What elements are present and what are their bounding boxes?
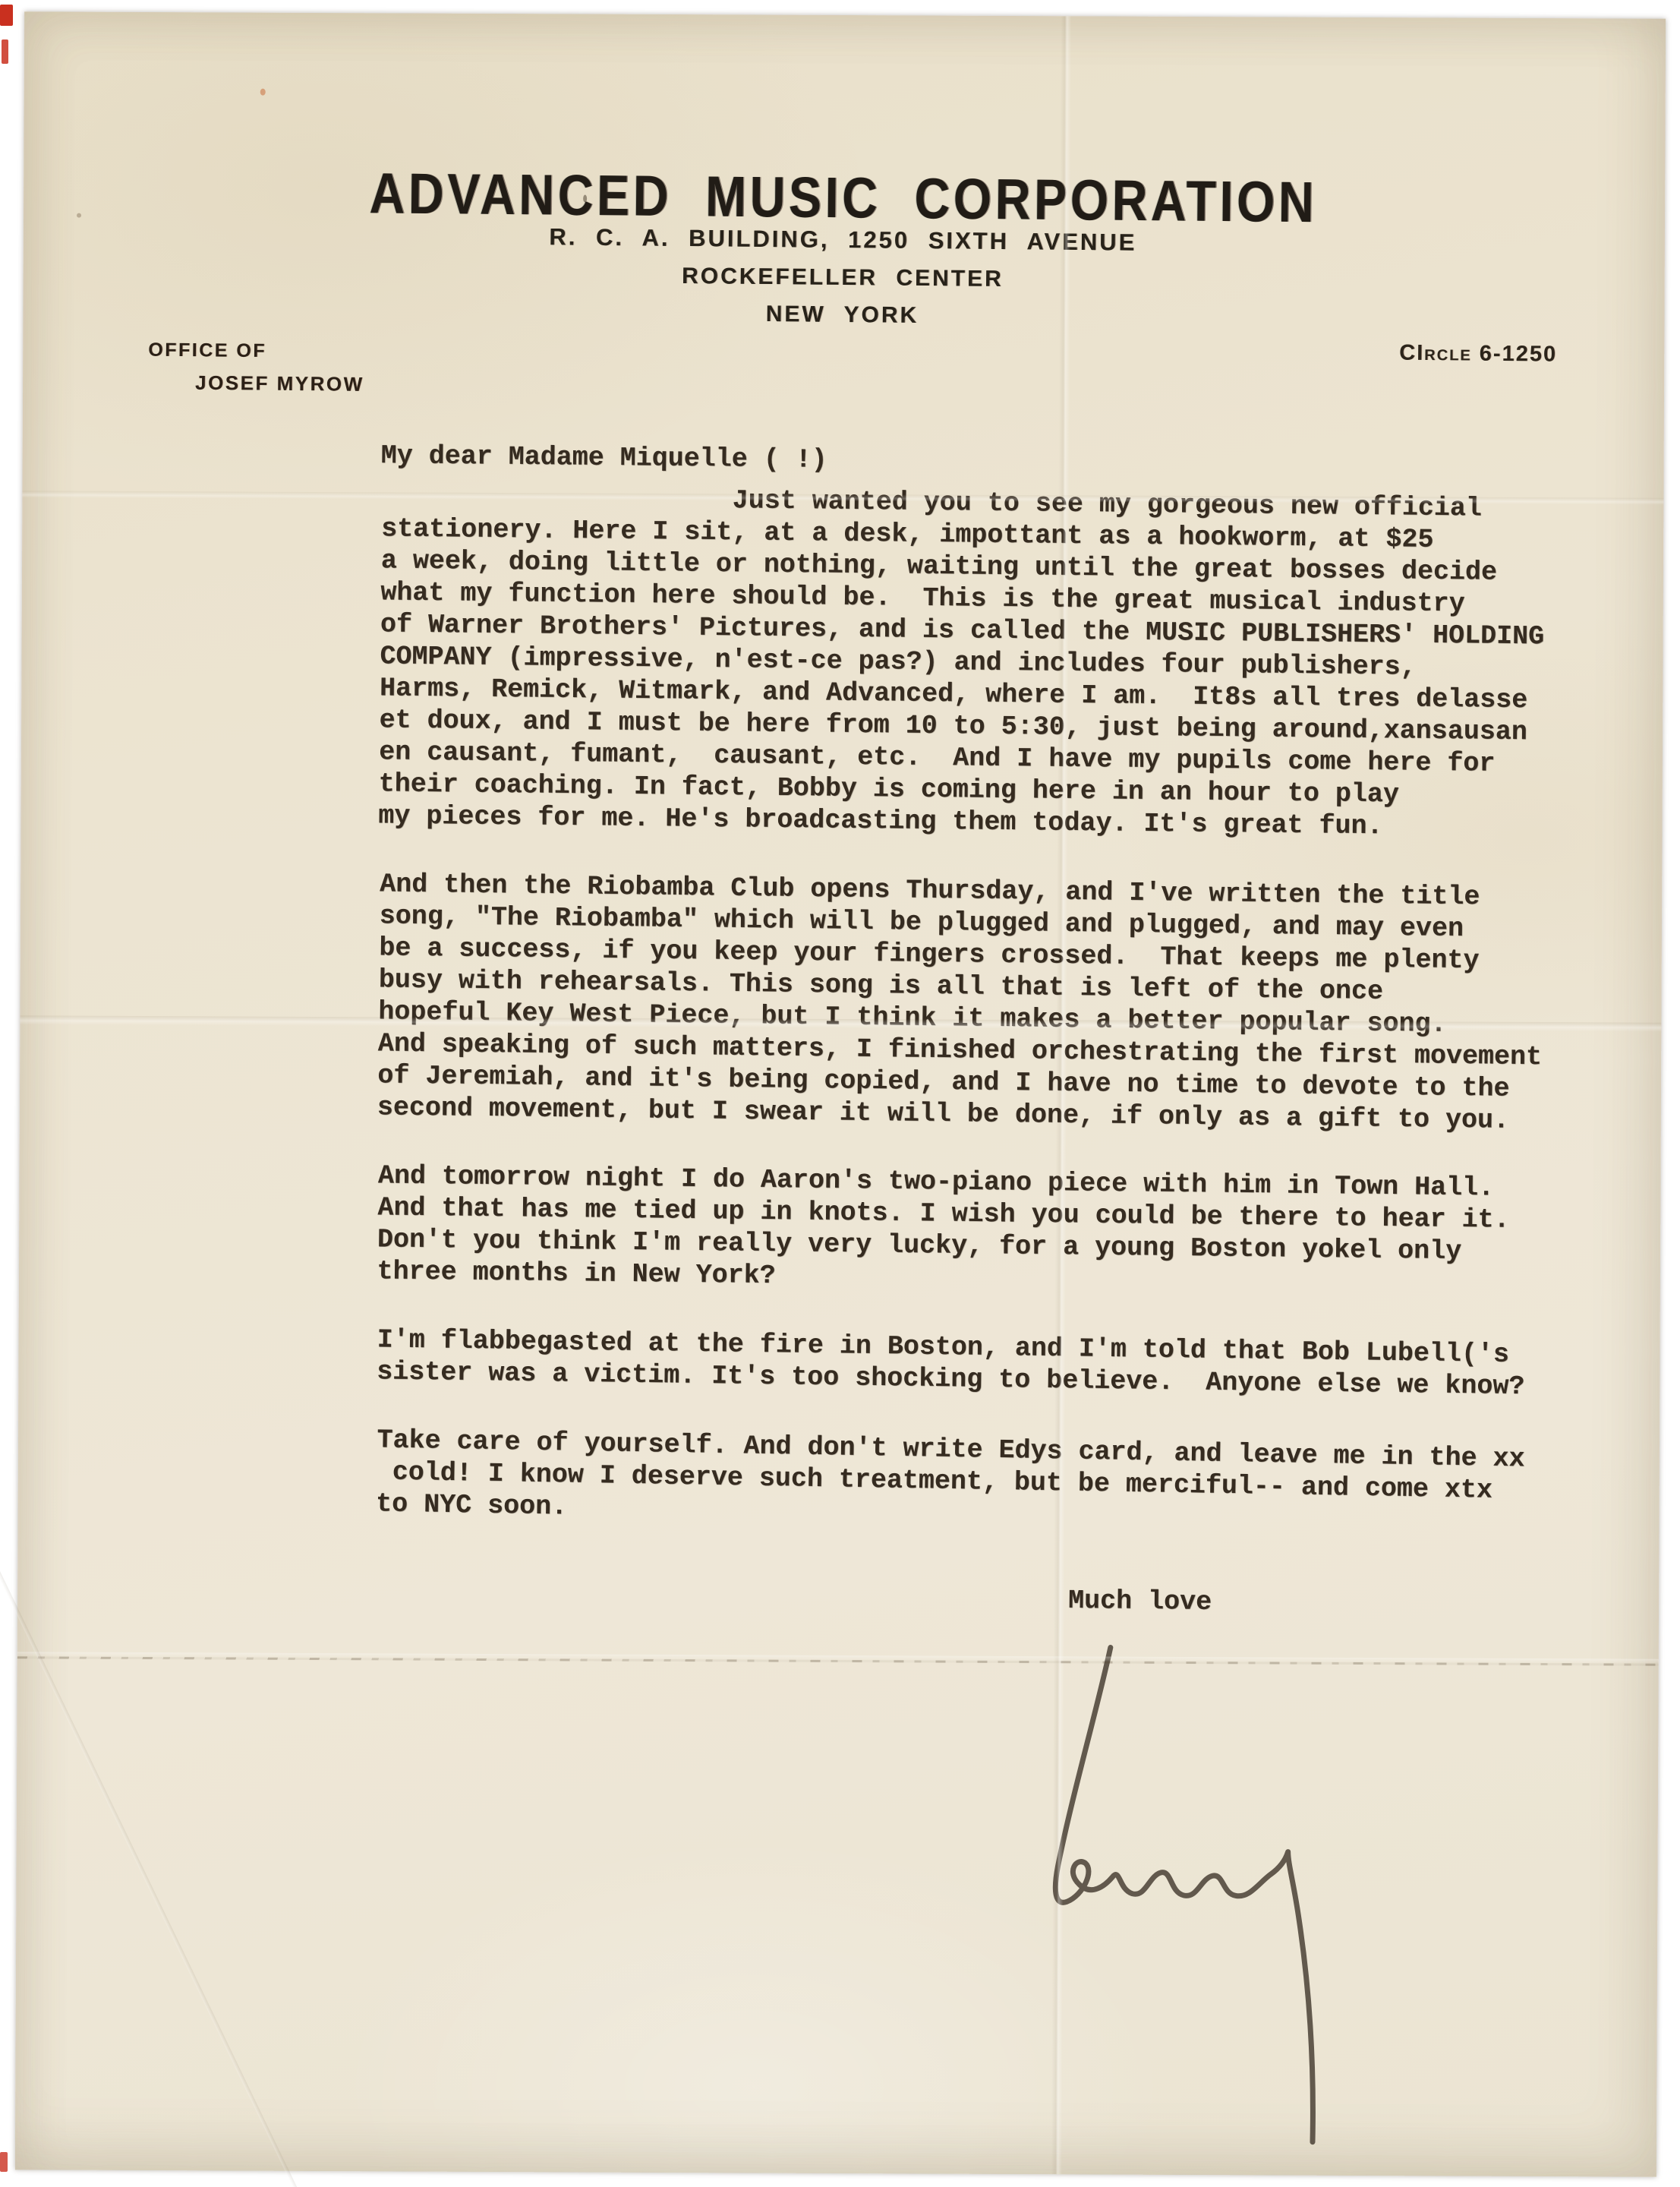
signature-lenny [1019, 1615, 1355, 2163]
paragraph: And then the Riobamba Club opens Thursda… [377, 868, 1610, 1138]
paragraph: And tomorrow night I do Aaron's two-pian… [377, 1160, 1608, 1301]
scan-edge-red-mark [2, 39, 8, 64]
office-of-label: OFFICE OF [148, 339, 266, 362]
paragraph: I'm flabbegasted at the fire in Boston, … [377, 1324, 1607, 1403]
office-of-name: JOSEF MYROW [195, 371, 364, 396]
address-line-2: ROCKEFELLER CENTER [22, 257, 1663, 299]
bottom-fold-crease [17, 1652, 1659, 1669]
letter-paragraphs: Just wanted you to see my gorgeous new o… [377, 481, 1611, 1525]
letter-scan-sheet: ADVANCED MUSIC CORPORATION R. C. A. BUIL… [15, 11, 1666, 2176]
paragraph: Take care of yourself. And don't write E… [376, 1424, 1607, 1540]
letter-body: My dear Madame Miquelle ( !) Just wanted… [376, 443, 1611, 1621]
address-line-3: NEW YORK [21, 295, 1663, 336]
paper-speck [77, 213, 81, 218]
signature-stroke-icon [1019, 1615, 1355, 2163]
scan-edge-red-mark [0, 2152, 8, 2172]
letterhead: ADVANCED MUSIC CORPORATION R. C. A. BUIL… [24, 8, 1666, 24]
salutation: My dear Madame Miquelle ( !) [380, 440, 1610, 484]
scan-edge-red-mark [0, 5, 13, 26]
paragraph: Just wanted you to see my gorgeous new o… [378, 481, 1612, 844]
paper-speck [583, 195, 587, 203]
phone-number: CIrcle 6-1250 [1399, 341, 1557, 368]
paper-speck [260, 89, 266, 96]
